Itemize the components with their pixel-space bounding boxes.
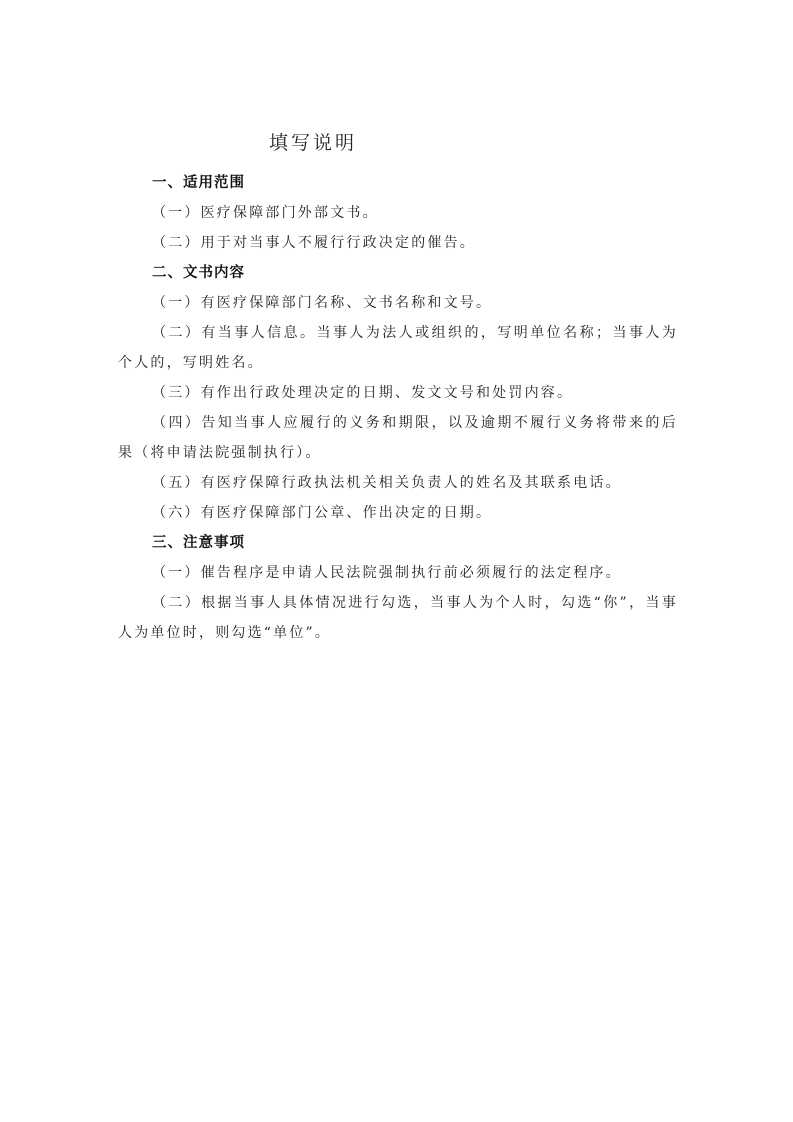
section-content: 二、文书内容 （一）有医疗保障部门名称、文书名称和文号。 （二）有当事人信息。当… [118,258,678,528]
section-item: （二）根据当事人具体情况进行勾选，当事人为个人时，勾选“你”，当事人为单位时，则… [118,588,678,648]
section-item: （一）医疗保障部门外部文书。 [118,198,678,228]
section-heading: 三、注意事项 [118,528,678,558]
section-item: （一）催告程序是申请人民法院强制执行前必须履行的法定程序。 [118,558,678,588]
section-item: （六）有医疗保障部门公章、作出决定的日期。 [118,498,678,528]
section-heading: 一、适用范围 [118,168,678,198]
section-item: （四）告知当事人应履行的义务和期限，以及逾期不履行义务将带来的后果（将申请法院强… [118,408,678,468]
section-item: （二）有当事人信息。当事人为法人或组织的，写明单位名称；当事人为个人的，写明姓名… [118,318,678,378]
section-notes: 三、注意事项 （一）催告程序是申请人民法院强制执行前必须履行的法定程序。 （二）… [118,528,678,648]
section-heading: 二、文书内容 [118,258,678,288]
section-item: （五）有医疗保障行政执法机关相关负责人的姓名及其联系电话。 [118,468,678,498]
document-title: 填写说明 [0,128,626,155]
section-scope: 一、适用范围 （一）医疗保障部门外部文书。 （二）用于对当事人不履行行政决定的催… [118,168,678,258]
document-body: 一、适用范围 （一）医疗保障部门外部文书。 （二）用于对当事人不履行行政决定的催… [118,168,678,648]
section-item: （一）有医疗保障部门名称、文书名称和文号。 [118,288,678,318]
section-item: （三）有作出行政处理决定的日期、发文文号和处罚内容。 [118,378,678,408]
section-item: （二）用于对当事人不履行行政决定的催告。 [118,228,678,258]
document-page: 填写说明 一、适用范围 （一）医疗保障部门外部文书。 （二）用于对当事人不履行行… [0,0,793,1122]
